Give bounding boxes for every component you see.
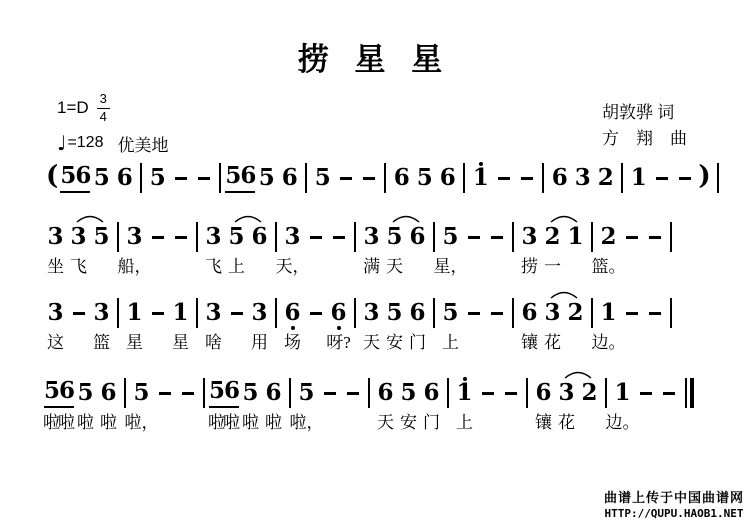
lyric: 天 [386,256,403,278]
note-cell: 3捞 [518,222,541,278]
duration-dash [146,222,169,252]
duration-dash-cell [485,298,508,354]
note-cell: 2 [564,298,587,354]
note-digit: 6 [406,222,429,252]
page-title: 捞 星 星 [0,34,749,79]
lyric: 满 [363,256,380,278]
note-digit: 1 [169,298,192,328]
dash-glyph [521,177,533,180]
note-digit: 1 [627,163,650,193]
lyric: 镶 [535,412,552,434]
note-cell: 2一 [541,222,564,278]
barline [542,163,544,193]
lyric: 捞 [521,256,538,278]
lyric: 用 [251,332,268,354]
barline [354,298,356,328]
parenthesis: ( [44,163,60,193]
credits-block: 胡敦骅 词 方 翔 曲 [602,100,687,152]
duration-dash [643,222,666,252]
note-cell: 3船， [123,222,146,278]
note-cell: 6呀? [327,298,350,354]
note-cell: 6 [248,222,271,278]
duration-dash-cell [341,378,364,434]
note-cell: 6镶 [518,298,541,354]
time-signature-numerator: 3 [97,92,110,109]
duration-dash [634,378,657,408]
note-digit: 6 [420,378,443,408]
barline [275,222,277,252]
duration-dash-cell [650,163,673,193]
duration-dash-cell [146,222,169,278]
dash-glyph [333,236,345,239]
lyric: 篮 [93,332,110,354]
lyric: 场 [284,332,301,354]
duration-dash-cell [462,298,485,354]
duration-dash [650,163,673,193]
note-cell: 3飞 [202,222,225,278]
note-cell: 3花 [555,378,578,434]
note-cell: 6 [240,163,255,193]
note-digit: 5 [130,378,153,408]
lyric: 花 [544,332,561,354]
duration-dash-cell [176,378,199,434]
note-digit: 5 [74,378,97,408]
note-digit: 2 [597,222,620,252]
time-signature-denominator: 4 [100,109,107,125]
lyric: 安 [400,412,417,434]
key-signature-text: 1=D [57,98,89,118]
note-digit: 6 [532,378,555,408]
duration-dash [304,298,327,328]
note-digit: 5 [383,222,406,252]
note-cell: 5上 [225,222,248,278]
note-cell: 1 [564,222,587,278]
duration-dash [327,222,350,252]
dash-glyph [340,177,352,180]
note-cell: 6 [113,163,136,193]
note-digit: 6 [278,163,301,193]
note-digit: 6 [113,163,136,193]
note-digit: 5 [60,163,75,193]
watermark-url: HTTP://QUPU.HAOB1.NET [604,507,744,520]
note-digit: 5 [90,222,113,252]
barline [621,163,623,193]
lyric: 坐 [47,256,64,278]
duration-dash [176,378,199,408]
note-digit: 6 [548,163,571,193]
duration-dash-cell [643,222,666,278]
duration-dash-cell [462,222,485,278]
note-digit: 1 [469,163,492,193]
barline [354,222,356,252]
duration-dash-cell [485,222,508,278]
dash-glyph [198,177,210,180]
dash-glyph [73,312,85,315]
note-cell: 1星 [169,298,192,354]
lyric: 一 [544,256,561,278]
barline [219,163,221,193]
duration-dash-cell [153,378,176,434]
note-digit: 5 [311,163,334,193]
barline [591,298,593,328]
note-cell: 5啦 [239,378,262,434]
note-cell: 5天 [383,222,406,278]
note-cell: 5啦 [209,378,224,434]
duration-dash [146,298,169,328]
note-cell: 5安 [383,298,406,354]
note-digit: 6 [406,298,429,328]
note-cell: 1 [469,163,492,193]
parenthesis: ) [696,163,712,193]
note-cell: 6 [75,163,90,193]
dash-glyph [649,236,661,239]
duration-dash-cell [476,378,499,434]
duration-dash [485,222,508,252]
dash-glyph [159,392,171,395]
duration-dash [620,298,643,328]
note-cell: 3飞 [67,222,90,278]
duration-dash-cell [657,378,680,434]
dash-glyph [505,392,517,395]
duration-dash [620,222,643,252]
note-digit: 2 [578,378,601,408]
dash-glyph [656,177,668,180]
barline [670,298,672,328]
duration-dash [304,222,327,252]
duration-dash-cell [620,222,643,278]
note-digit: 6 [97,378,120,408]
note-digit: 1 [453,378,476,408]
note-cell: 5星， [439,222,462,278]
note-cell: 6 [278,163,301,193]
note-cell: 3天， [281,222,304,278]
lyric: 飞 [205,256,222,278]
watermark: 曲谱上传于中国曲谱网 HTTP://QUPU.HAOB1.NET [604,487,744,520]
lyric: 天 [363,332,380,354]
note-cell: 6镶 [532,378,555,434]
note-cell: 2 [594,163,617,193]
note-cell: 5 [311,163,334,193]
note-cell: 5安 [397,378,420,434]
note-cell: 3花 [541,298,564,354]
duration-dash-cell [304,222,327,278]
note-cell: 6门 [406,298,429,354]
duration-dash [169,163,192,193]
note-cell: 3用 [248,298,271,354]
note-digit: 6 [281,298,304,328]
note-digit: 1 [564,222,587,252]
lyric: 安 [386,332,403,354]
barline [433,222,435,252]
dash-glyph [152,236,164,239]
tempo-marking: ♩ =128 优美地 [57,131,168,156]
quarter-note-icon: ♩ [57,133,66,153]
note-digit: 6 [75,163,90,193]
duration-dash-cell [67,298,90,354]
duration-dash-cell [499,378,522,434]
note-cell: 6啦 [59,378,74,434]
note-digit: 5 [383,298,406,328]
duration-dash-cell [634,378,657,434]
lyric: 啦 [58,412,75,434]
duration-dash-cell [643,298,666,354]
note-digit: 5 [439,222,462,252]
lyric: 啦 [77,412,94,434]
note-digit: 1 [597,298,620,328]
note-cell: 3 [571,163,594,193]
note-cell: 3这 [44,298,67,354]
note-cell: 5啦， [295,378,318,434]
duration-dash-cell [318,378,341,434]
note-digit: 5 [413,163,436,193]
dash-glyph [231,312,243,315]
lyric: 上 [442,332,459,354]
note-cell: 5 [60,163,75,193]
music-line-4: 5啦6啦5啦6啦5啦，5啦6啦5啦6啦5啦，6天5安6门1上6镶3花21边。 [44,378,694,434]
barline [591,222,593,252]
duration-dash [499,378,522,408]
barline [447,378,449,408]
lyric: 呀? [326,332,351,354]
lyric: 啦 [265,412,282,434]
duration-dash [643,298,666,328]
lyric: 啦 [242,412,259,434]
note-cell: 6 [406,222,429,278]
duration-dash-cell [515,163,538,193]
duration-dash [462,298,485,328]
note-cell: 3天 [360,298,383,354]
duration-dash [169,222,192,252]
lyric: 门 [409,332,426,354]
note-digit: 6 [224,378,239,408]
duration-dash [192,163,215,193]
note-cell: 5啦 [44,378,59,434]
note-digit: 6 [248,222,271,252]
note-digit: 2 [541,222,564,252]
time-signature: 3 4 [97,92,110,125]
barline [463,163,465,193]
dash-glyph [468,236,480,239]
note-digit: 3 [67,222,90,252]
note-digit: 6 [518,298,541,328]
barline [605,378,607,408]
duration-dash [485,298,508,328]
duration-dash [334,163,357,193]
lyric: 门 [423,412,440,434]
duration-dash-cell [225,298,248,354]
music-line-3: 3这3篮1星1星3啥3用6场6呀?3天5安6门5上6镶3花21边。 [44,298,676,354]
barline [670,222,672,252]
note-digit: 3 [555,378,578,408]
note-digit: 2 [594,163,617,193]
note-cell: 3啥 [202,298,225,354]
lyric: 这 [47,332,64,354]
note-digit: 3 [518,222,541,252]
note-digit: 3 [541,298,564,328]
note-cell: 6 [436,163,459,193]
lyric: 星 [172,332,189,354]
dash-glyph [310,236,322,239]
note-digit: 3 [571,163,594,193]
duration-dash [318,378,341,408]
note-digit: 5 [239,378,262,408]
note-digit: 5 [225,222,248,252]
dash-glyph [640,392,652,395]
duration-dash-cell [304,298,327,354]
note-digit: 6 [390,163,413,193]
lyric: 天 [377,412,394,434]
key-tempo-block: 1=D 3 4 ♩ =128 优美地 [57,92,168,156]
note-digit: 6 [262,378,285,408]
duration-dash [673,163,696,193]
barline [117,222,119,252]
note-cell: 1边。 [597,298,620,354]
dash-glyph [468,312,480,315]
tempo-value: =128 [67,134,103,152]
lyric: 飞 [70,256,87,278]
lyric: 星 [126,332,143,354]
note-cell: 6天 [374,378,397,434]
barline [512,298,514,328]
barline [384,163,386,193]
key-signature: 1=D 3 4 [57,92,168,125]
note-cell: 6啦 [262,378,285,434]
note-digit: 3 [281,222,304,252]
watermark-site-name: 曲谱上传于中国曲谱网 [604,487,744,506]
final-barline [685,378,694,408]
barline [140,163,142,193]
note-cell: 5 [90,222,113,278]
dash-glyph [175,177,187,180]
note-digit: 5 [295,378,318,408]
note-cell: 3篮 [90,298,113,354]
dash-glyph [175,236,187,239]
note-cell: 6 [548,163,571,193]
lyric: 啥 [205,332,222,354]
lyric: 啦 [223,412,240,434]
note-cell: 5 [90,163,113,193]
duration-dash [357,163,380,193]
note-digit: 6 [59,378,74,408]
barline [526,378,528,408]
note-digit: 6 [436,163,459,193]
note-cell: 5 [255,163,278,193]
duration-dash [492,163,515,193]
dash-glyph [152,312,164,315]
barline [124,378,126,408]
note-digit: 3 [90,298,113,328]
sheet-music-page: 捞 星 星 1=D 3 4 ♩ =128 优美地 胡敦骅 词 方 翔 曲 (56… [0,0,749,523]
duration-dash [341,378,364,408]
note-digit: 5 [397,378,420,408]
note-digit: 2 [564,298,587,328]
note-cell: 1边。 [611,378,634,434]
duration-dash [462,222,485,252]
duration-dash-cell [492,163,515,193]
note-digit: 5 [225,163,240,193]
duration-dash [67,298,90,328]
dash-glyph [347,392,359,395]
lyric: 上 [228,256,245,278]
note-digit: 3 [202,222,225,252]
barline [275,298,277,328]
note-cell: 6啦 [224,378,239,434]
dash-glyph [182,392,194,395]
note-digit: 3 [44,222,67,252]
note-cell: 1 [627,163,650,193]
duration-dash [476,378,499,408]
note-cell: 3满 [360,222,383,278]
duration-dash-cell [192,163,215,193]
dash-glyph [482,392,494,395]
lyricist-credit: 胡敦骅 词 [602,100,687,126]
barline [433,298,435,328]
duration-dash [657,378,680,408]
dash-glyph [649,312,661,315]
note-digit: 6 [240,163,255,193]
duration-dash [515,163,538,193]
duration-dash-cell [327,222,350,278]
note-cell: 3坐 [44,222,67,278]
barline [305,163,307,193]
duration-dash [225,298,248,328]
barline [196,222,198,252]
note-cell: 5 [146,163,169,193]
lyric: 镶 [521,332,538,354]
note-cell: 5上 [439,298,462,354]
note-digit: 3 [360,298,383,328]
dash-glyph [310,312,322,315]
note-digit: 6 [374,378,397,408]
duration-dash-cell [169,222,192,278]
dash-glyph [324,392,336,395]
note-cell: 6门 [420,378,443,434]
duration-dash-cell [169,163,192,193]
barline [512,222,514,252]
expression-marking: 优美地 [117,131,168,156]
note-cell: 5 [413,163,436,193]
note-digit: 1 [123,298,146,328]
note-digit: 5 [44,378,59,408]
music-line-2: 3坐3飞53船，3飞5上63天，3满5天65星，3捞2一12篮。 [44,222,676,278]
dash-glyph [363,177,375,180]
note-cell: 2篮。 [597,222,620,278]
note-cell: 2 [578,378,601,434]
barline [203,378,205,408]
barline [196,298,198,328]
composer-credit: 方 翔 曲 [602,126,687,152]
note-cell: 5 [225,163,240,193]
lyric: 上 [456,412,473,434]
barline [368,378,370,408]
note-cell: 6啦 [97,378,120,434]
barline [717,163,719,193]
note-digit: 5 [439,298,462,328]
duration-dash [153,378,176,408]
note-digit: 3 [44,298,67,328]
dash-glyph [626,236,638,239]
dash-glyph [663,392,675,395]
duration-dash-cell [620,298,643,354]
barline [117,298,119,328]
note-digit: 3 [202,298,225,328]
note-cell: 5啦， [130,378,153,434]
note-digit: 5 [209,378,224,408]
note-digit: 5 [146,163,169,193]
duration-dash-cell [357,163,380,193]
note-digit: 5 [255,163,278,193]
dash-glyph [626,312,638,315]
